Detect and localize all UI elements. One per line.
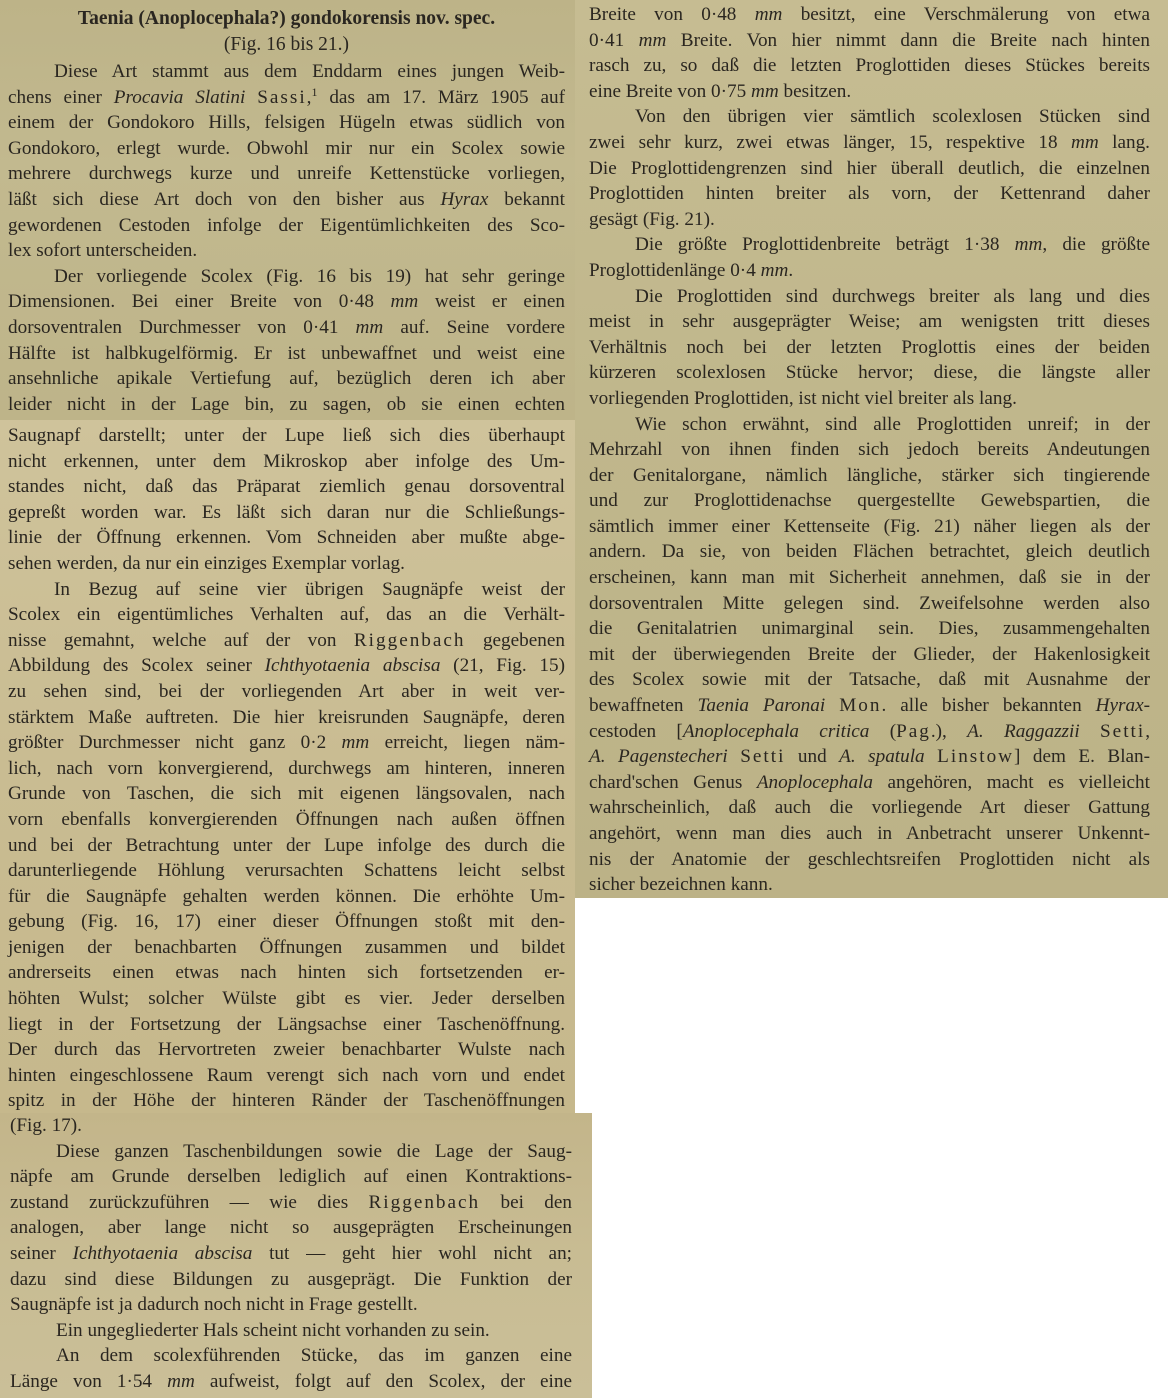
text-line: wahrscheinlich, daß auch die vorliegende… xyxy=(589,795,1150,821)
text-line: Von den übrigen vier sämtlich scolexlose… xyxy=(589,104,1150,130)
text-line: An dem scolexführenden Stücke, das im ga… xyxy=(10,1343,572,1369)
text-line: Die Proglottidengrenzen sind hier überal… xyxy=(589,156,1150,182)
text-line: Proglottidenlänge 0·4 mm. xyxy=(589,258,1150,284)
text-line: andrerseits einen etwas nach hinten sich… xyxy=(8,960,565,986)
text-line: mehrere durchwegs kurze und unreife Kett… xyxy=(8,161,565,187)
text-line: Ein ungegliederter Hals scheint nicht vo… xyxy=(10,1318,572,1344)
text-line: leider nicht in der Lage bin, zu sagen, … xyxy=(8,392,565,418)
italic-term: mm xyxy=(1071,132,1099,153)
text-line: In Bezug auf seine vier übrigen Saugnäpf… xyxy=(8,577,565,603)
text-line: zustand zurückzuführen — wie dies Riggen… xyxy=(10,1190,572,1216)
text-line: Der durch das Hervortreten zweier benach… xyxy=(8,1037,565,1063)
author-name: Riggenbach xyxy=(369,1192,481,1213)
page-fragment-top-left: Taenia (Anoplocephala?) gondokorensis no… xyxy=(0,0,575,420)
text-line: Diese ganzen Taschenbildungen sowie die … xyxy=(10,1139,572,1165)
text-line: ansehnliche apikale Vertiefung auf, bezü… xyxy=(8,366,565,392)
italic-term: A. spatula xyxy=(839,746,925,767)
text-line: A. Pagenstecheri Setti und A. spatula Li… xyxy=(589,744,1150,770)
text-line: rasch zu, so daß die letzten Proglottide… xyxy=(589,53,1150,79)
italic-term: Taenia Paronai xyxy=(697,695,825,716)
italic-term: Ichthyotaenia abscisa xyxy=(265,655,441,676)
italic-term: Ichthyotaenia abscisa xyxy=(73,1243,253,1264)
italic-term: mm xyxy=(167,1371,195,1392)
italic-term: Hyrax xyxy=(440,189,488,210)
text-line: sicher bezeichnen kann. xyxy=(589,872,1150,898)
text-line: standes nicht, daß das Präparat ziemlich… xyxy=(8,474,565,500)
text-line: eine Breite von 0·75 mm besitzen. xyxy=(589,79,1150,105)
text-line: und bei der Betrachtung unter der Lupe i… xyxy=(8,833,565,859)
text-line: Wie schon erwähnt, sind alle Proglottide… xyxy=(589,412,1150,438)
text-line: dorsoventralen Mitte gelegen sind. Zweif… xyxy=(589,591,1150,617)
text-line: lex sofort unterscheiden. xyxy=(8,238,565,264)
text-line: andern. Da sie, von beiden Flächen betra… xyxy=(589,539,1150,565)
text-line: gesägt (Fig. 21). xyxy=(589,207,1150,233)
author-name: Riggenbach xyxy=(354,630,466,651)
author-name: Setti xyxy=(1100,721,1145,742)
author-name: Setti xyxy=(740,746,785,767)
text-line: Saugnäpfe ist ja dadurch noch nicht in F… xyxy=(10,1292,572,1318)
text-line: Scolex ein eigentümliches Verhalten auf,… xyxy=(8,602,565,628)
text-line: kürzeren scolexlosen Stücke hervor; dies… xyxy=(589,360,1150,386)
text-line: chard'schen Genus Anoplocephala angehöre… xyxy=(589,770,1150,796)
page-fragment-right: Breite von 0·48 mm besitzt, eine Verschm… xyxy=(575,0,1168,898)
text-line: erscheinen, kann man mit Sicherheit anne… xyxy=(589,565,1150,591)
text-line: 0·41 mm Breite. Von hier nimmt dann die … xyxy=(589,28,1150,54)
italic-term: mm xyxy=(1015,234,1043,255)
text-line: zwei sehr kurz, zwei etwas länger, 15, r… xyxy=(589,130,1150,156)
text-line: mit der überwiegenden Breite der Glieder… xyxy=(589,642,1150,668)
text-line: Gondokoro, erlegt wurde. Obwohl mir nur … xyxy=(8,136,565,162)
text-line: bewaffneten Taenia Paronai Mon. alle bis… xyxy=(589,693,1150,719)
text-line: einem der Gondokoro Hills, felsigen Hüge… xyxy=(8,110,565,136)
text-line: Saugnapf darstellt; unter der Lupe ließ … xyxy=(8,423,565,449)
text-line: seiner Ichthyotaenia abscisa tut — geht … xyxy=(10,1241,572,1267)
text-line: für die Saugnäpfe gehalten werden können… xyxy=(8,884,565,910)
text-line: zu sehen sind, bei der vorliegenden Art … xyxy=(8,679,565,705)
text-line: vorn ebenfalls konvergierenden Öffnungen… xyxy=(8,807,565,833)
text-block: Saugnapf darstellt; unter der Lupe ließ … xyxy=(8,423,565,1114)
text-line: nis der Anatomie der geschlechtsreifen P… xyxy=(589,847,1150,873)
text-line: und zur Proglottidenachse quergestellte … xyxy=(589,488,1150,514)
text-block: (Fig. 17).Diese ganzen Taschenbildungen … xyxy=(10,1113,572,1395)
text-line: chens einer Procavia Slatini Sassi,1 das… xyxy=(8,85,565,111)
text-line: gebung (Fig. 16, 17) einer dieser Öffnun… xyxy=(8,909,565,935)
text-line: Proglottiden hinten breiter als vorn, de… xyxy=(589,181,1150,207)
text-line: Die größte Proglottidenbreite beträgt 1·… xyxy=(589,232,1150,258)
italic-term: A. Raggazzii xyxy=(967,721,1080,742)
text-line: Breite von 0·48 mm besitzt, eine Verschm… xyxy=(589,2,1150,28)
author-name: Linstow xyxy=(937,746,1014,767)
text-line: hinten eingeschlossene Raum verengt sich… xyxy=(8,1063,565,1089)
text-block: Diese Art stammt aus dem Enddarm eines j… xyxy=(8,59,565,417)
text-line: (Fig. 17). xyxy=(10,1113,572,1139)
italic-term: mm xyxy=(639,30,667,51)
text-line: des Scolex sowie mit der Tatsache, daß m… xyxy=(589,667,1150,693)
text-line: vorliegenden Proglottiden, ist nicht vie… xyxy=(589,386,1150,412)
italic-term: Anoplocephala critica xyxy=(683,721,870,742)
text-line: nicht erkennen, unter dem Mikroskop aber… xyxy=(8,449,565,475)
text-line: Abbildung des Scolex seiner Ichthyotaeni… xyxy=(8,653,565,679)
text-line: Die Proglottiden sind durchwegs breiter … xyxy=(589,284,1150,310)
italic-term: mm xyxy=(391,291,419,312)
page-fragment-bottom-left: (Fig. 17).Diese ganzen Taschenbildungen … xyxy=(0,1113,592,1398)
text-block: Breite von 0·48 mm besitzt, eine Verschm… xyxy=(589,2,1150,898)
text-line: jenigen der benachbarten Öffnungen zusam… xyxy=(8,935,565,961)
text-line: dorsoventralen Durchmesser von 0·41 mm a… xyxy=(8,315,565,341)
text-line: nisse gemahnt, welche auf der von Riggen… xyxy=(8,628,565,654)
footnote-marker: 1 xyxy=(311,85,317,99)
text-line: höhten Wulst; solcher Wülste gibt es vie… xyxy=(8,986,565,1012)
text-line: sehen werden, da nur ein einziges Exempl… xyxy=(8,551,565,577)
author-name: Pag xyxy=(896,721,931,742)
italic-term: Anoplocephala xyxy=(757,772,873,793)
text-line: Verhältnis noch bei der letzten Proglott… xyxy=(589,335,1150,361)
text-line: die Genitalatrien unimarginal sein. Dies… xyxy=(589,616,1150,642)
italic-term: mm xyxy=(761,260,789,281)
author-name: Mon xyxy=(839,695,881,716)
text-line: Dimensionen. Bei einer Breite von 0·48 m… xyxy=(8,289,565,315)
text-line: dazu sind diese Bildungen zu ausgeprägt.… xyxy=(10,1267,572,1293)
text-line: sämtlich immer einer Kettenseite (Fig. 2… xyxy=(589,514,1150,540)
text-line: Diese Art stammt aus dem Enddarm eines j… xyxy=(8,59,565,85)
text-line: näpfe am Grunde derselben lediglich auf … xyxy=(10,1164,572,1190)
italic-term: mm xyxy=(342,732,370,753)
text-line: analogen, aber lange nicht so ausgeprägt… xyxy=(10,1215,572,1241)
text-line: Der vorliegende Scolex (Fig. 16 bis 19) … xyxy=(8,264,565,290)
text-line: meist in sehr ausgeprägter Weise; am wen… xyxy=(589,309,1150,335)
text-line: gepreßt worden war. Es läßt sich daran n… xyxy=(8,500,565,526)
italic-term: A. Pagenstecheri xyxy=(589,746,728,767)
text-line: stärktem Maße auftreten. Die hier kreisr… xyxy=(8,705,565,731)
text-line: Hälfte ist halbkugelförmig. Er ist unbew… xyxy=(8,341,565,367)
article-title: Taenia (Anoplocephala?) gondokorensis no… xyxy=(8,6,565,32)
text-line: Mehrzahl von ihnen finden sich jedoch be… xyxy=(589,437,1150,463)
italic-term: Hyrax xyxy=(1096,695,1144,716)
figure-reference: (Fig. 16 bis 21.) xyxy=(8,32,565,58)
text-line: darunterliegende Höhlung verursachten Sc… xyxy=(8,858,565,884)
text-line: angehört, wenn man dies auch in Anbetrac… xyxy=(589,821,1150,847)
text-line: lich, nach vorn konvergierend, durchwegs… xyxy=(8,756,565,782)
text-line: Grunde von Taschen, die sich mit eigenen… xyxy=(8,781,565,807)
author-name: Sassi xyxy=(257,87,306,108)
text-line: liegt in der Fortsetzung der Längsachse … xyxy=(8,1012,565,1038)
text-line: linie der Öffnung erkennen. Vom Schneide… xyxy=(8,525,565,551)
text-line: größter Durchmesser nicht ganz 0·2 mm er… xyxy=(8,730,565,756)
text-line: cestoden [Anoplocephala critica (Pag.), … xyxy=(589,719,1150,745)
italic-term: Procavia Slatini xyxy=(114,87,246,108)
text-line: Länge von 1·54 mm aufweist, folgt auf de… xyxy=(10,1369,572,1395)
text-line: der Genitalorgane, nämlich längliche, st… xyxy=(589,463,1150,489)
italic-term: mm xyxy=(751,81,779,102)
italic-term: mm xyxy=(755,4,783,25)
text-line: spitz in der Höhe der hinteren Ränder de… xyxy=(8,1088,565,1114)
page-fragment-middle-left: Saugnapf darstellt; unter der Lupe ließ … xyxy=(0,420,575,1113)
italic-term: mm xyxy=(356,317,384,338)
text-line: läßt sich diese Art doch von den bisher … xyxy=(8,187,565,213)
text-line: gewordenen Cestoden infolge der Eigentüm… xyxy=(8,213,565,239)
